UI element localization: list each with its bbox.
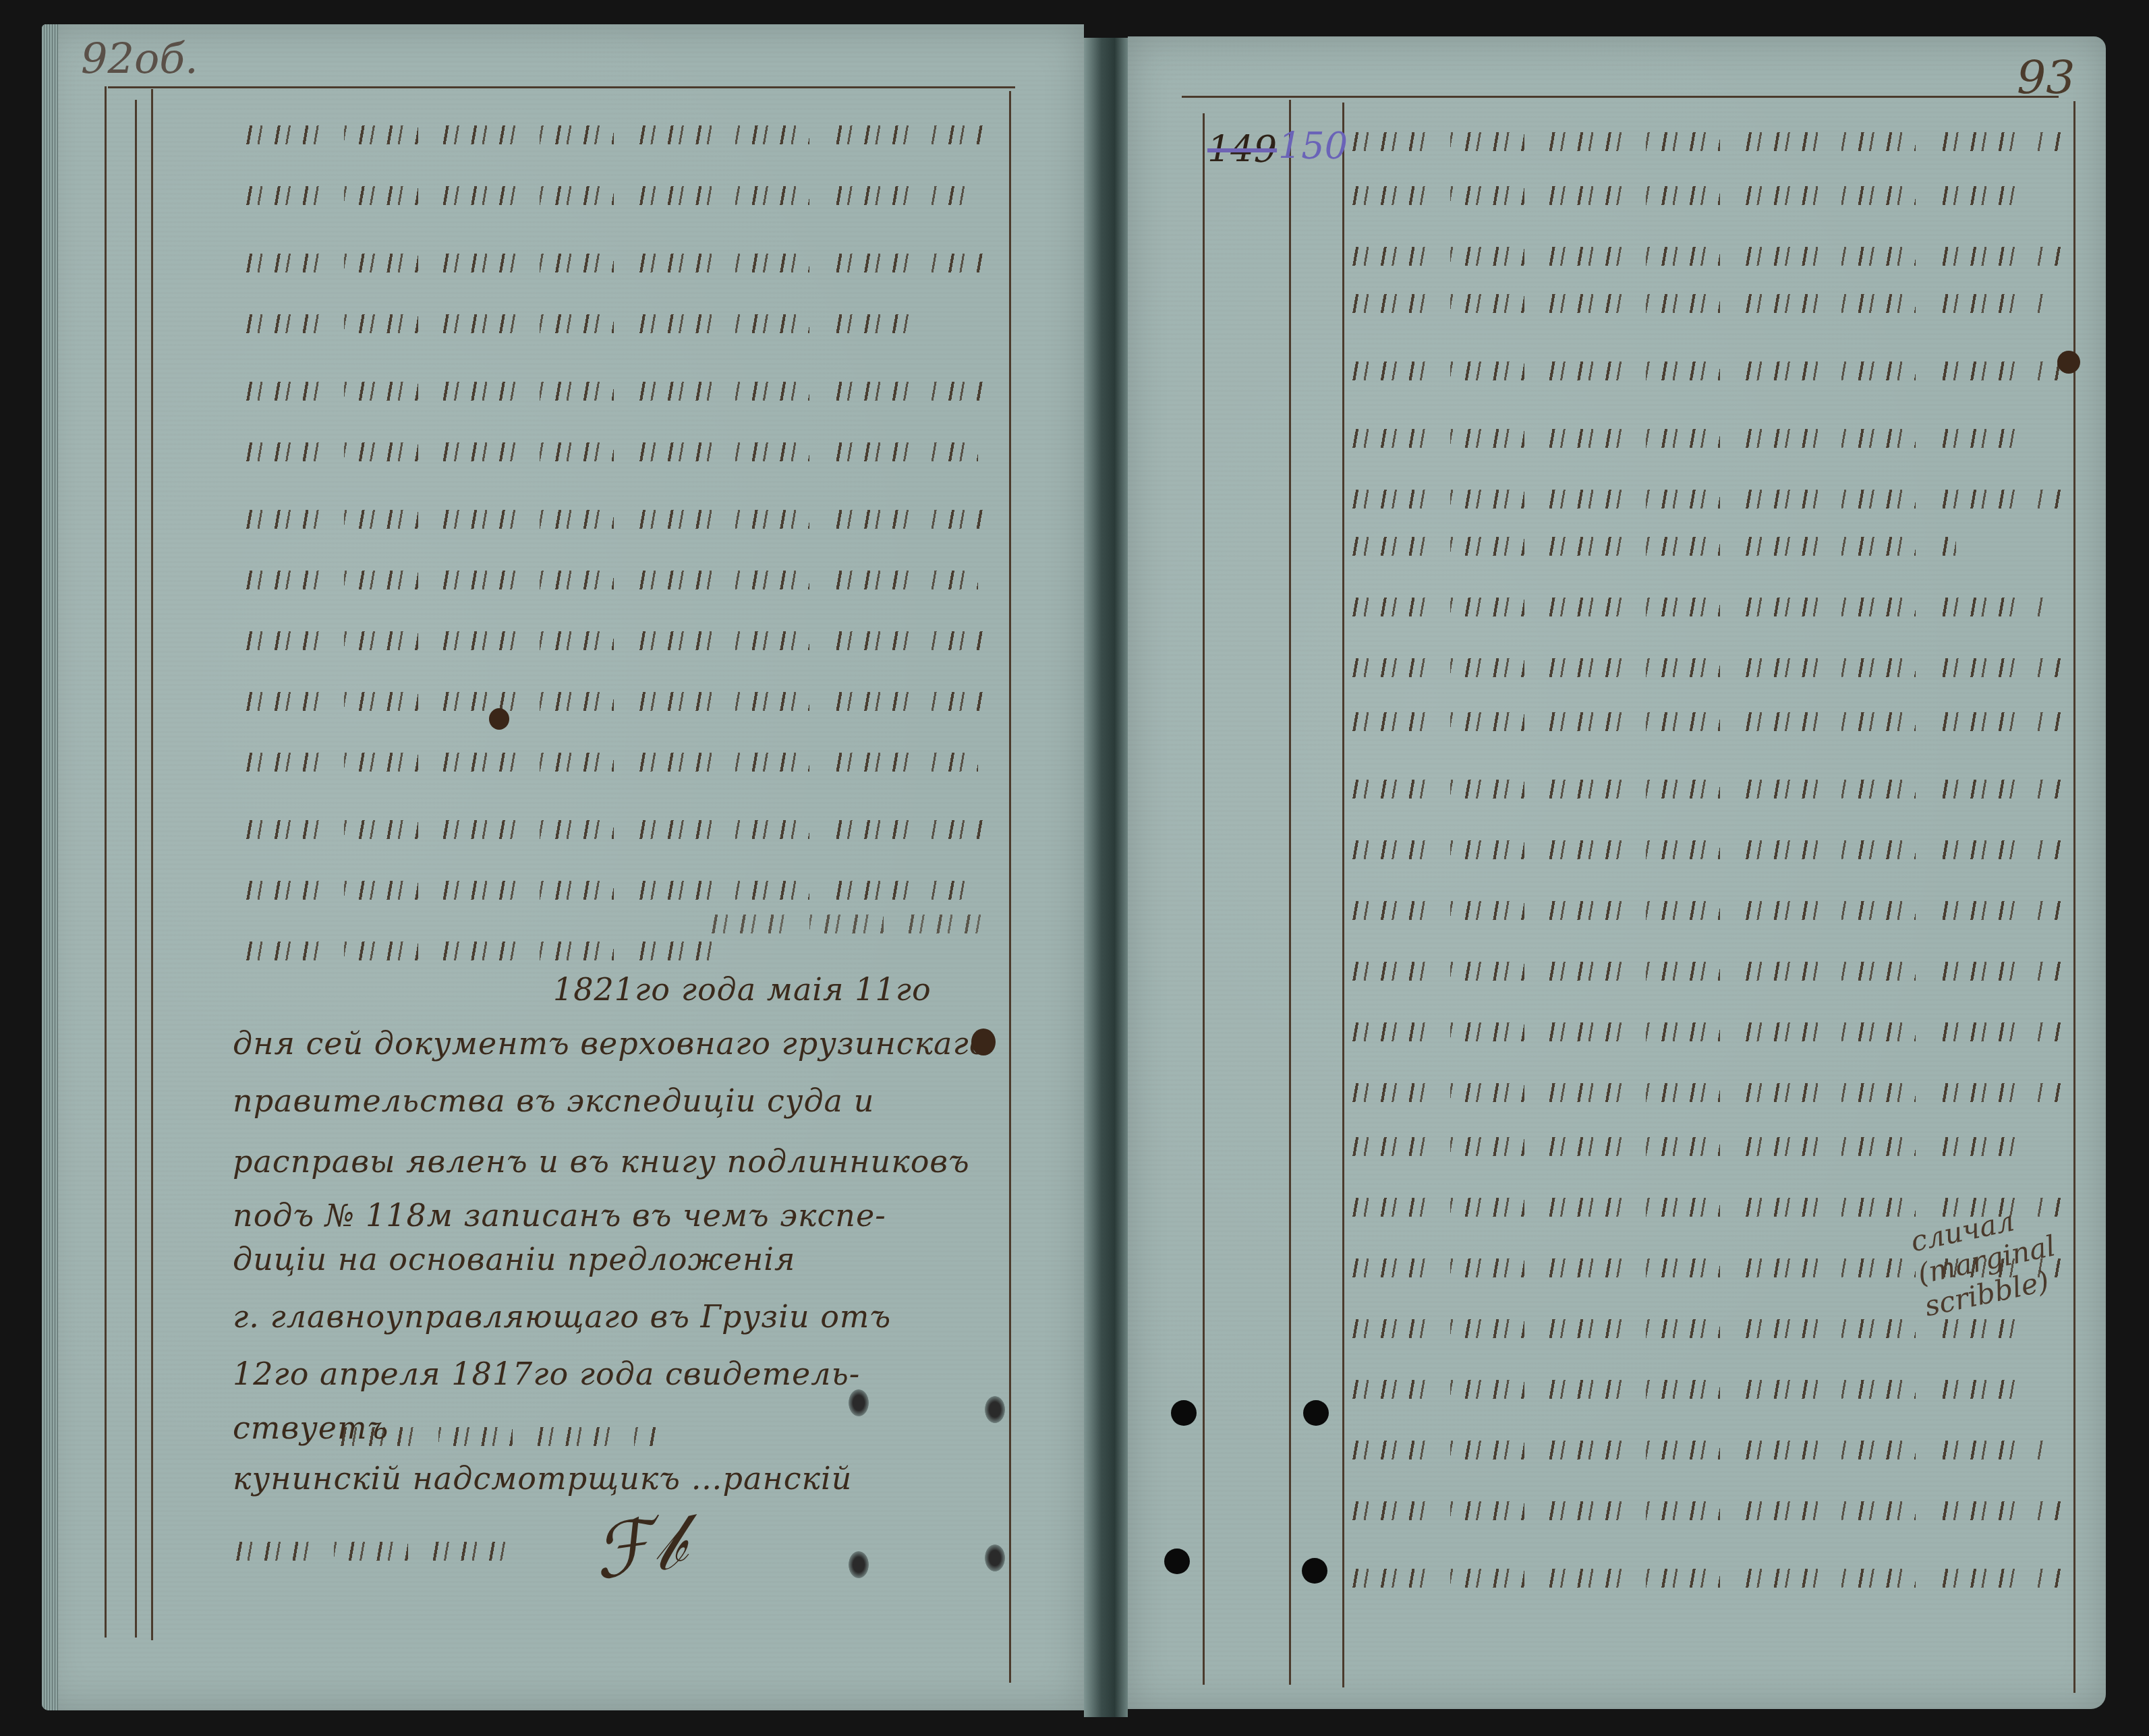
left-margin-rule-3 — [151, 89, 153, 1640]
right-top-rule — [1182, 96, 2059, 98]
ink-blot — [2057, 351, 2080, 374]
right-margin-rule-3 — [1342, 103, 1344, 1687]
book-spine — [1084, 38, 1128, 1717]
georgian-line — [1349, 1477, 2064, 1531]
georgian-line — [1349, 688, 2064, 742]
georgian-line — [1349, 877, 2064, 931]
georgian-line — [1349, 270, 2051, 324]
georgian-line — [1349, 162, 2024, 216]
georgian-line — [1349, 405, 2024, 459]
russian-annotation-line-7: г. главноуправляющаго въ Грузіи отъ — [233, 1298, 891, 1335]
georgian-line — [243, 917, 715, 971]
georgian-line — [1349, 634, 2064, 688]
georgian-line — [1349, 1113, 2024, 1167]
punched-hole — [1171, 1400, 1197, 1426]
georgian-line — [1349, 755, 2064, 809]
russian-annotation-line-3: правительства въ экспедиціи суда и — [233, 1082, 874, 1119]
georgian-line — [1349, 465, 2064, 519]
punched-hole — [1164, 1549, 1190, 1574]
binding-hole — [985, 1396, 1005, 1423]
right-right-rule — [2073, 101, 2075, 1693]
georgian-line — [243, 357, 985, 411]
georgian-line — [1349, 937, 2064, 991]
georgian-signature-line — [233, 1517, 516, 1571]
right-margin-rule-1 — [1203, 113, 1205, 1685]
right-margin-rule-2 — [1289, 100, 1291, 1685]
georgian-line — [708, 890, 998, 944]
left-page-edges — [42, 24, 58, 1710]
georgian-line — [1349, 998, 2064, 1052]
georgian-line — [243, 796, 985, 850]
russian-annotation-line-10: кунинскій надсмотрщикъ …ранскій — [233, 1460, 852, 1497]
left-top-rule — [108, 86, 1015, 88]
russian-annotation-line-8: 12го апреля 1817го года свидетель- — [233, 1356, 860, 1392]
russian-annotation-line-2: дня сей документъ верховнаго грузинскаго — [233, 1025, 988, 1062]
georgian-line — [243, 546, 978, 600]
folio-number-right: 93 — [2017, 51, 2075, 105]
georgian-line — [1349, 816, 2064, 870]
georgian-line — [1349, 513, 1956, 567]
register-number-old: 149 — [1207, 128, 1277, 171]
georgian-line — [243, 101, 985, 155]
georgian-line — [1349, 1059, 2064, 1113]
ink-blot — [971, 1029, 996, 1055]
georgian-line — [1349, 223, 2064, 277]
georgian-line — [243, 418, 978, 472]
georgian-line — [1349, 1544, 2064, 1598]
georgian-line — [243, 607, 985, 661]
georgian-line — [243, 229, 985, 283]
georgian-line — [243, 486, 985, 540]
punched-hole — [1303, 1400, 1329, 1426]
left-margin-rule-2 — [135, 100, 137, 1638]
georgian-line — [1349, 108, 2064, 162]
punched-hole — [1302, 1558, 1327, 1584]
binding-hole — [849, 1551, 869, 1578]
left-right-rule — [1009, 91, 1011, 1683]
georgian-line — [1349, 1416, 2051, 1470]
left-margin-rule-1 — [105, 86, 107, 1638]
georgian-line — [1349, 1356, 2024, 1410]
georgian-line — [1349, 573, 2051, 627]
russian-annotation-line-6: диціи на основаніи предложенія — [233, 1241, 796, 1277]
georgian-line — [243, 668, 985, 722]
russian-annotation-line-4: расправы явленъ и въ книгу подлинниковъ — [233, 1143, 970, 1180]
signature: ℱ𝒷 — [588, 1498, 689, 1597]
georgian-line — [243, 162, 971, 216]
binding-hole — [985, 1544, 1005, 1571]
georgian-line — [243, 290, 917, 344]
russian-annotation-line-1: 1821го года маія 11го — [553, 971, 932, 1008]
georgian-inline-fragment — [337, 1403, 661, 1457]
russian-annotation-line-5: подъ № 118м записанъ въ чемъ экспе- — [233, 1197, 886, 1234]
georgian-line — [243, 728, 978, 782]
ink-blot — [489, 708, 509, 730]
georgian-line — [1349, 1295, 2024, 1349]
georgian-line — [1349, 337, 2064, 391]
folio-number-left: 92об. — [81, 34, 198, 83]
binding-hole — [849, 1389, 869, 1416]
register-number-new: 150 — [1278, 125, 1348, 167]
